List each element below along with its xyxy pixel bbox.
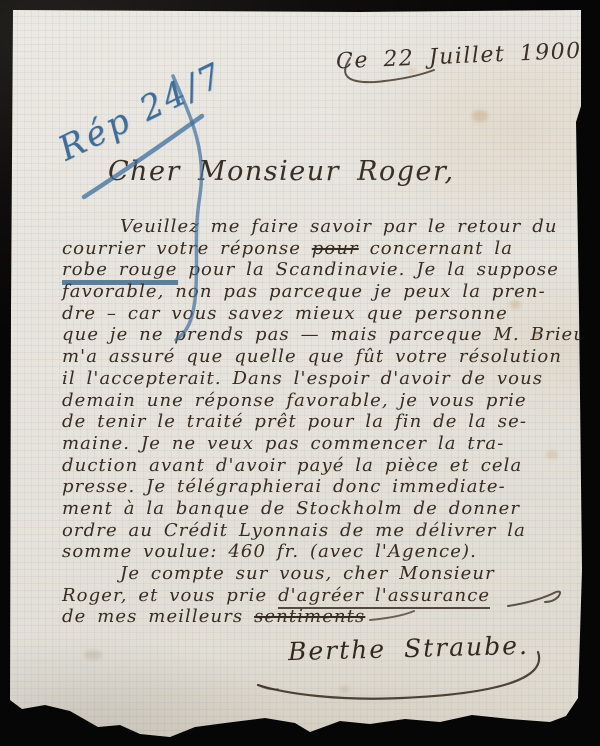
signature-flourish-tail <box>258 685 278 689</box>
letter-line: Veuillez me faire savoir par le retour d… <box>62 216 574 238</box>
letter-date: Ce 22 Juillet 1900 <box>336 39 583 75</box>
letter-text: presse. Je télégraphierai donc immediate… <box>62 476 506 497</box>
letter-text: Je compte sur vous, cher Monsieur <box>120 563 495 584</box>
letter-text: Veuillez me faire savoir par le retour d… <box>120 216 558 237</box>
letter-line: ordre au Crédit Lyonnais de me délivrer … <box>62 520 574 542</box>
letter-text: favorable, non pas parceque je peux la p… <box>62 281 546 302</box>
letter-text: Roger, et vous prie <box>62 585 278 606</box>
foxing-spot <box>472 110 488 122</box>
letter-line: m'a assuré que quelle que fût votre réso… <box>62 346 574 368</box>
letter-text: m'a assuré que quelle que fût votre réso… <box>62 346 562 367</box>
letter-text: concernant la <box>359 238 513 259</box>
letter-line: demain une réponse favorable, je vous pr… <box>62 390 574 412</box>
letter-text: pour la Scandinavie. Je la suppose <box>178 259 559 280</box>
letter-text: somme voulue: 460 fr. (avec l'Agence). <box>62 541 477 562</box>
letter-text: il l'accepterait. Dans l'espoir d'avoir … <box>62 368 543 389</box>
letter-line: courrier votre réponse pour concernant l… <box>62 238 574 260</box>
letter-text: dre – car vous savez mieux que personne <box>62 303 508 324</box>
foxing-spot <box>340 686 349 693</box>
letter-text: courrier votre réponse <box>62 238 312 259</box>
letter-text-strike: sentiments <box>254 606 365 627</box>
letter-line: robe rouge pour la Scandinavie. Je la su… <box>62 259 574 281</box>
letter-text: duction avant d'avoir payé la pièce et c… <box>62 455 522 476</box>
signature: Berthe Straube. <box>288 631 530 666</box>
letter-line: duction avant d'avoir payé la pièce et c… <box>62 455 574 477</box>
letter-line: presse. Je télégraphierai donc immediate… <box>62 476 574 498</box>
letter-text: de mes meilleurs <box>62 606 254 627</box>
letter-paper: Ce 22 Juillet 1900 Rép 24/7 Cher Monsieu… <box>10 10 583 738</box>
letter-line: maine. Je ne veux pas commencer la tra- <box>62 433 574 455</box>
letter-line: favorable, non pas parceque je peux la p… <box>62 281 574 303</box>
letter-body: Veuillez me faire savoir par le retour d… <box>62 216 574 628</box>
blue-pencil-annotation: Rép 24/7 <box>52 55 230 169</box>
letter-text-underline: d'agréer l'assurance <box>278 585 490 609</box>
letter-line: Je compte sur vous, cher Monsieur <box>62 563 574 585</box>
letter-line: ment à la banque de Stockholm de donner <box>62 498 574 520</box>
letter-text: demain une réponse favorable, je vous pr… <box>62 390 527 411</box>
letter-line: Roger, et vous prie d'agréer l'assurance <box>62 585 574 607</box>
letter-line: de mes meilleurs sentiments <box>62 606 574 628</box>
letter-text-strike: pour <box>312 238 359 259</box>
letter-line: de tenir le traité prêt pour la fin de l… <box>62 411 574 433</box>
letter-text: ordre au Crédit Lyonnais de me délivrer … <box>62 520 526 541</box>
letter-line: il l'accepterait. Dans l'espoir d'avoir … <box>62 368 574 390</box>
letter-text: ment à la banque de Stockholm de donner <box>62 498 520 519</box>
letter-text: que je ne prends pas — mais parceque M. … <box>62 324 597 345</box>
letter-line: dre – car vous savez mieux que personne <box>62 303 574 325</box>
letter-text: de tenir le traité prêt pour la fin de l… <box>62 411 527 432</box>
letter-line: somme voulue: 460 fr. (avec l'Agence). <box>62 541 574 563</box>
letter-salutation: Cher Monsieur Roger, <box>108 156 455 187</box>
letter-line: que je ne prends pas — mais parceque M. … <box>62 324 574 346</box>
photo-background: Ce 22 Juillet 1900 Rép 24/7 Cher Monsieu… <box>0 0 600 746</box>
foxing-spot <box>84 650 102 660</box>
letter-text: maine. Je ne veux pas commencer la tra- <box>62 433 504 454</box>
